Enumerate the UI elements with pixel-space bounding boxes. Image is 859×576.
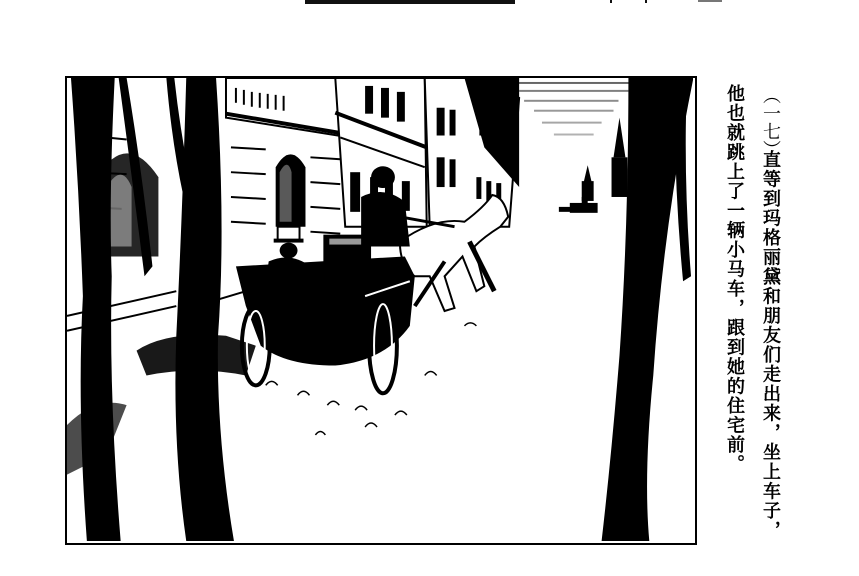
church-spire: [582, 118, 628, 201]
horse-carriage-foreground: [236, 235, 415, 394]
scan-artifact-top: [305, 0, 515, 4]
street-scene-illustration: [67, 78, 695, 543]
panel-number: （一七）: [760, 86, 780, 158]
scan-artifact-mark: [698, 0, 722, 2]
caption-line-2: 他也就跳上了一辆小马车，跟到她的住宅前。: [724, 84, 744, 474]
tree-trunk-left: [71, 78, 121, 541]
comic-page: （一七） 直等到玛格丽黛和朋友们走出来，坐上车子， 他也就跳上了一辆小马车，跟到…: [0, 0, 859, 576]
scan-artifact-mark: [645, 0, 647, 3]
scan-artifact-mark: [610, 0, 612, 3]
caption-line-1: 直等到玛格丽黛和朋友们走出来，坐上车子，: [760, 150, 780, 540]
scan-artifact-mark: [489, 0, 495, 3]
passenger-top-hat: [266, 227, 311, 282]
tree-branch-right: [675, 78, 691, 281]
illustration-panel: [65, 76, 697, 545]
tree-trunk-center-left: [175, 78, 234, 541]
